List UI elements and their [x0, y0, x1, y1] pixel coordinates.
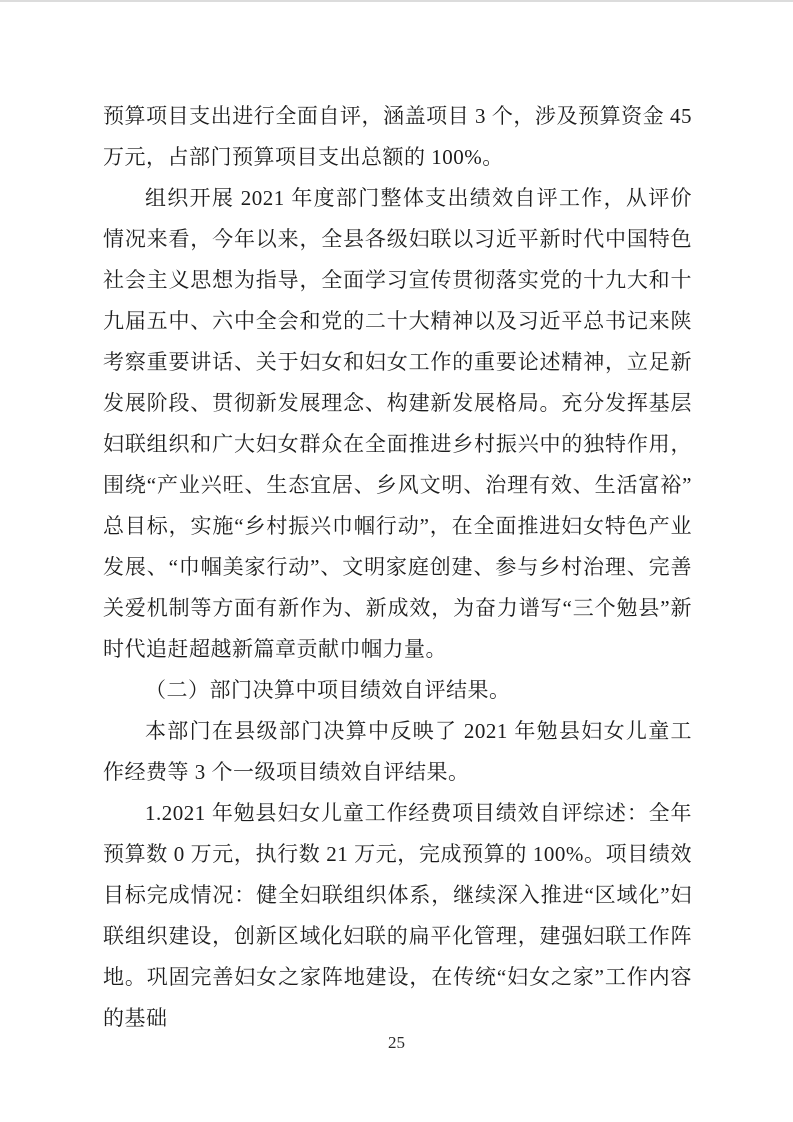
paragraph-project-1-summary: 1.2021 年勉县妇女儿童工作经费项目绩效自评综述：全年预算数 0 万元，执行… — [103, 793, 692, 1039]
paragraph-continuation: 预算项目支出进行全面自评，涵盖项目 3 个，涉及预算资金 45 万元，占部门预算… — [103, 96, 692, 178]
paragraph-final-accounts-projects: 本部门在县级部门决算中反映了 2021 年勉县妇女儿童工作经费等 3 个一级项目… — [103, 711, 692, 793]
scan-edge-line — [0, 0, 793, 2]
body-text: 预算项目支出进行全面自评，涵盖项目 3 个，涉及预算资金 45 万元，占部门预算… — [103, 96, 692, 1039]
section-heading-project-performance-results: （二）部门决算中项目绩效自评结果。 — [103, 670, 692, 711]
paragraph-self-evaluation-overview: 组织开展 2021 年度部门整体支出绩效自评工作，从评价情况来看，今年以来，全县… — [103, 178, 692, 670]
document-page: 预算项目支出进行全面自评，涵盖项目 3 个，涉及预算资金 45 万元，占部门预算… — [0, 0, 793, 1122]
page-number: 25 — [0, 1032, 793, 1054]
